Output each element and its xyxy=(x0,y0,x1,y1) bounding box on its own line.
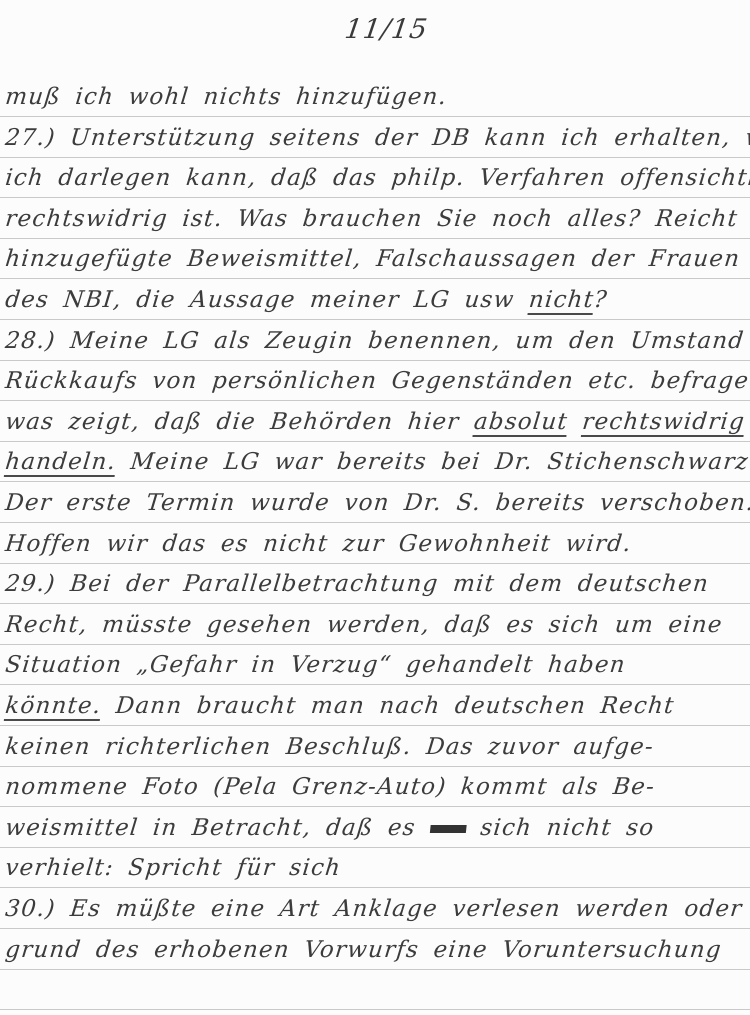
line-text: ich darlegen kann, daß das philp. Verfah… xyxy=(4,165,750,191)
line-text: Meine LG war bereits bei Dr. Stichenschw… xyxy=(115,449,750,475)
ruled-line xyxy=(0,441,750,442)
handwritten-line: Recht, müsste gesehen werden, daß es sic… xyxy=(4,612,724,638)
handwritten-line: Rückkaufs von persönlichen Gegenständen … xyxy=(4,368,750,394)
ruled-line xyxy=(0,238,750,239)
handwritten-line: verhielt: Spricht für sich xyxy=(4,855,343,881)
ruled-line xyxy=(0,766,750,767)
line-text: Der erste Termin wurde von Dr. S. bereit… xyxy=(4,490,750,516)
crossed-out-word: nicht xyxy=(430,825,467,833)
line-text: verhielt: Spricht für sich xyxy=(4,855,343,881)
ruled-line xyxy=(0,684,750,685)
ruled-line xyxy=(0,847,750,848)
handwritten-letter-page: 11/15 muß ich wohl nichts hinzufügen.27.… xyxy=(0,0,750,1015)
line-text: Recht, müsste gesehen werden, daß es sic… xyxy=(4,612,724,638)
ruled-line xyxy=(0,157,750,158)
ruled-line xyxy=(0,522,750,523)
handwritten-line: ich darlegen kann, daß das philp. Verfah… xyxy=(4,165,750,191)
handwritten-line: rechtswidrig ist. Was brauchen Sie noch … xyxy=(4,206,739,232)
line-text: 28.) Meine LG als Zeugin benennen, um de… xyxy=(4,328,750,354)
handwritten-line: handeln. Meine LG war bereits bei Dr. St… xyxy=(4,449,750,475)
handwritten-line: Hoffen wir das es nicht zur Gewohnheit w… xyxy=(4,531,633,557)
line-text: Rückkaufs von persönlichen Gegenständen … xyxy=(4,368,750,394)
handwritten-line: des NBI, die Aussage meiner LG usw nicht… xyxy=(4,287,609,313)
line-text: grund des erhobenen Vorwurfs eine Vorunt… xyxy=(4,937,723,963)
ruled-line xyxy=(0,806,750,807)
underlined-word: könnte. xyxy=(4,693,103,719)
handwritten-line: 29.) Bei der Parallelbetrachtung mit dem… xyxy=(4,571,710,597)
handwritten-line: weismittel in Betracht, daß es nicht sic… xyxy=(4,815,656,841)
line-text: nommene Foto (Pela Grenz-Auto) kommt als… xyxy=(4,774,656,800)
underlined-word: nicht xyxy=(528,287,596,313)
ruled-line xyxy=(0,400,750,401)
ruled-line xyxy=(0,481,750,482)
ruled-line xyxy=(0,887,750,888)
ruled-line xyxy=(0,1009,750,1010)
ruled-line xyxy=(0,603,750,604)
handwritten-line: was zeigt, daß die Behörden hier absolut… xyxy=(4,409,746,435)
ruled-line xyxy=(0,563,750,564)
underlined-word: absolut xyxy=(473,409,570,435)
ruled-line xyxy=(0,360,750,361)
ruled-line xyxy=(0,725,750,726)
handwritten-line: 28.) Meine LG als Zeugin benennen, um de… xyxy=(4,328,750,354)
line-text: keinen richterlichen Beschluß. Das zuvor… xyxy=(4,734,655,760)
line-text: muß ich wohl nichts hinzufügen. xyxy=(4,84,449,110)
handwritten-line: 27.) Unterstützung seitens der DB kann i… xyxy=(4,125,750,151)
line-text: des NBI, die Aussage meiner LG usw xyxy=(4,287,530,313)
handwritten-line: Der erste Termin wurde von Dr. S. bereit… xyxy=(4,490,750,516)
handwritten-line: muß ich wohl nichts hinzufügen. xyxy=(4,84,449,110)
handwritten-line: nommene Foto (Pela Grenz-Auto) kommt als… xyxy=(4,774,656,800)
handwritten-line: hinzugefügte Beweismittel, Falschaussage… xyxy=(4,246,750,272)
ruled-line xyxy=(0,116,750,117)
line-text: ? xyxy=(593,287,609,313)
handwritten-line: könnte. Dann braucht man nach deutschen … xyxy=(4,693,676,719)
line-text: 30.) Es müßte eine Art Anklage verlesen … xyxy=(4,896,750,922)
page-number: 11/15 xyxy=(343,14,430,45)
line-text: weismittel in Betracht, daß es xyxy=(4,815,432,841)
ruled-line xyxy=(0,969,750,970)
handwritten-line: keinen richterlichen Beschluß. Das zuvor… xyxy=(4,734,655,760)
handwritten-line: Situation „Gefahr in Verzug“ gehandelt h… xyxy=(4,652,627,678)
ruled-line xyxy=(0,197,750,198)
line-text: Situation „Gefahr in Verzug“ gehandelt h… xyxy=(4,652,627,678)
ruled-line xyxy=(0,928,750,929)
underlined-word: handeln. xyxy=(4,449,117,475)
line-text: rechtswidrig ist. Was brauchen Sie noch … xyxy=(4,206,739,232)
handwritten-line: 30.) Es müßte eine Art Anklage verlesen … xyxy=(4,896,750,922)
line-text: 29.) Bei der Parallelbetrachtung mit dem… xyxy=(4,571,710,597)
ruled-line xyxy=(0,319,750,320)
line-text: Dann braucht man nach deutschen Recht xyxy=(100,693,676,719)
underlined-word: rechtswidrig xyxy=(581,409,746,435)
line-text: 27.) Unterstützung seitens der DB kann i… xyxy=(4,125,750,151)
ruled-line xyxy=(0,278,750,279)
line-text: was zeigt, daß die Behörden hier xyxy=(4,409,475,435)
line-text: Hoffen wir das es nicht zur Gewohnheit w… xyxy=(4,531,633,557)
ruled-line xyxy=(0,644,750,645)
line-text: hinzugefügte Beweismittel, Falschaussage… xyxy=(4,246,750,272)
line-text: sich nicht so xyxy=(465,815,656,841)
handwritten-line: grund des erhobenen Vorwurfs eine Vorunt… xyxy=(4,937,723,963)
